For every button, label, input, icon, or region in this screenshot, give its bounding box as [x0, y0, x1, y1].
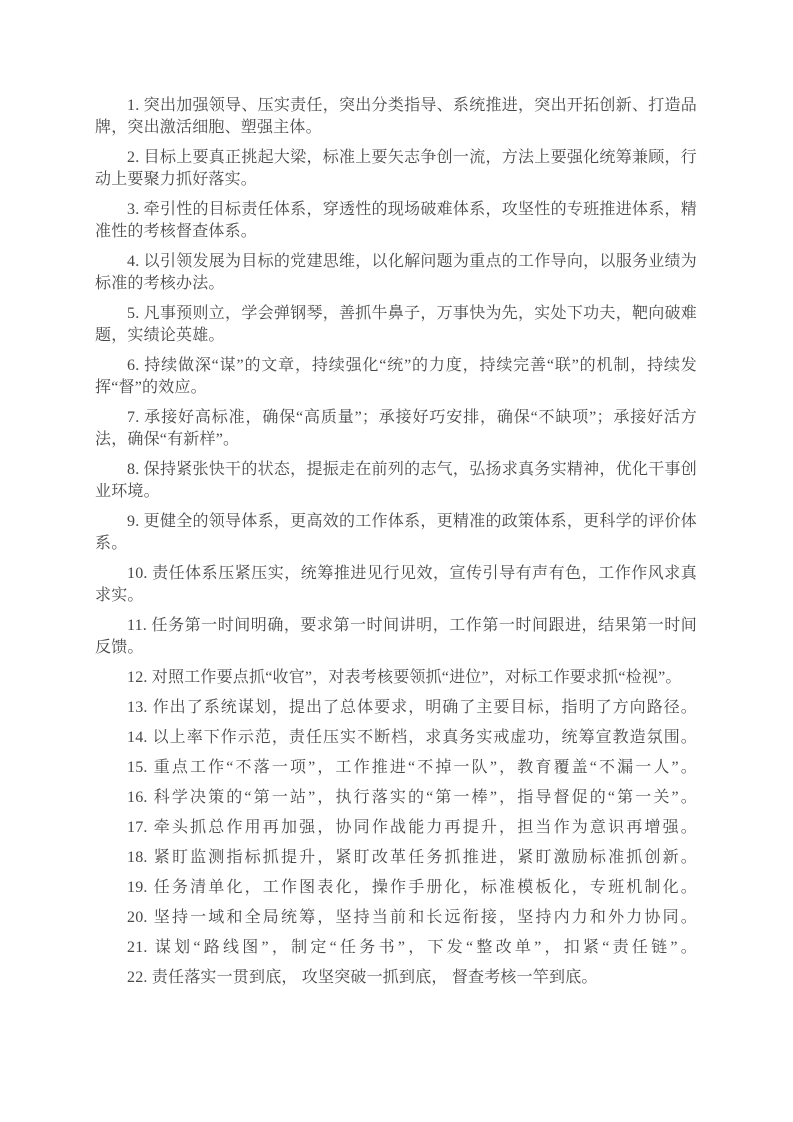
- list-item: 11. 任务第一时间明确，要求第一时间讲明，工作第一时间跟进，结果第一时间反馈。: [95, 615, 697, 659]
- list-item: 6. 持续做深“谋”的文章，持续强化“统”的力度，持续完善“联”的机制，持续发挥…: [95, 355, 697, 399]
- list-item: 14. 以上率下作示范，责任压实不断档，求真务实戒虚功，统筹宣教造氛围。: [95, 727, 697, 749]
- list-item: 5. 凡事预则立，学会弹钢琴，善抓牛鼻子，万事快为先，实处下功夫，靶向破难题，实…: [95, 303, 697, 347]
- list-item: 3. 牵引性的目标责任体系，穿透性的现场破难体系，攻坚性的专班推进体系，精准性的…: [95, 199, 697, 243]
- document-page: 1. 突出加强领导、压实责任，突出分类指导、系统推进，突出开拓创新、打造品牌，突…: [0, 0, 793, 1122]
- list-item: 18. 紧盯监测指标抓提升，紧盯改革任务抓推进，紧盯激励标准抓创新。: [95, 847, 697, 869]
- list-item: 22. 责任落实一贯到底， 攻坚突破一抓到底， 督查考核一竿到底。: [95, 967, 697, 989]
- list-item: 1. 突出加强领导、压实责任，突出分类指导、系统推进，突出开拓创新、打造品牌，突…: [95, 95, 697, 139]
- list-item: 21. 谋划“路线图”，制定“任务书”，下发“整改单”，扣紧“责任链”。: [95, 937, 697, 959]
- list-item: 9. 更健全的领导体系，更高效的工作体系，更精准的政策体系，更科学的评价体系。: [95, 511, 697, 555]
- list-item: 2. 目标上要真正挑起大梁，标准上要矢志争创一流，方法上要强化统筹兼顾，行动上要…: [95, 147, 697, 191]
- list-item: 16. 科学决策的“第一站”，执行落实的“第一棒”，指导督促的“第一关”。: [95, 787, 697, 809]
- list-item: 20. 坚持一域和全局统筹，坚持当前和长远衔接，坚持内力和外力协同。: [95, 907, 697, 929]
- list-item: 7. 承接好高标准，确保“高质量”；承接好巧安排，确保“不缺项”；承接好活方法，…: [95, 407, 697, 451]
- list-item: 19. 任务清单化，工作图表化，操作手册化，标准模板化，专班机制化。: [95, 877, 697, 899]
- list-item: 4. 以引领发展为目标的党建思维，以化解问题为重点的工作导向，以服务业绩为标准的…: [95, 251, 697, 295]
- list-item: 15. 重点工作“不落一项”，工作推进“不掉一队”，教育覆盖“不漏一人”。: [95, 757, 697, 779]
- list-item: 8. 保持紧张快干的状态，提振走在前列的志气，弘扬求真务实精神，优化干事创业环境…: [95, 459, 697, 503]
- list-item: 10. 责任体系压紧压实，统筹推进见行见效，宣传引导有声有色，工作作风求真求实。: [95, 563, 697, 607]
- list-item: 17. 牵头抓总作用再加强，协同作战能力再提升，担当作为意识再增强。: [95, 817, 697, 839]
- list-item: 13. 作出了系统谋划，提出了总体要求，明确了主要目标，指明了方向路径。: [95, 697, 697, 719]
- list-item: 12. 对照工作要点抓“收官”，对表考核要领抓“进位”，对标工作要求抓“检视”。: [95, 667, 697, 689]
